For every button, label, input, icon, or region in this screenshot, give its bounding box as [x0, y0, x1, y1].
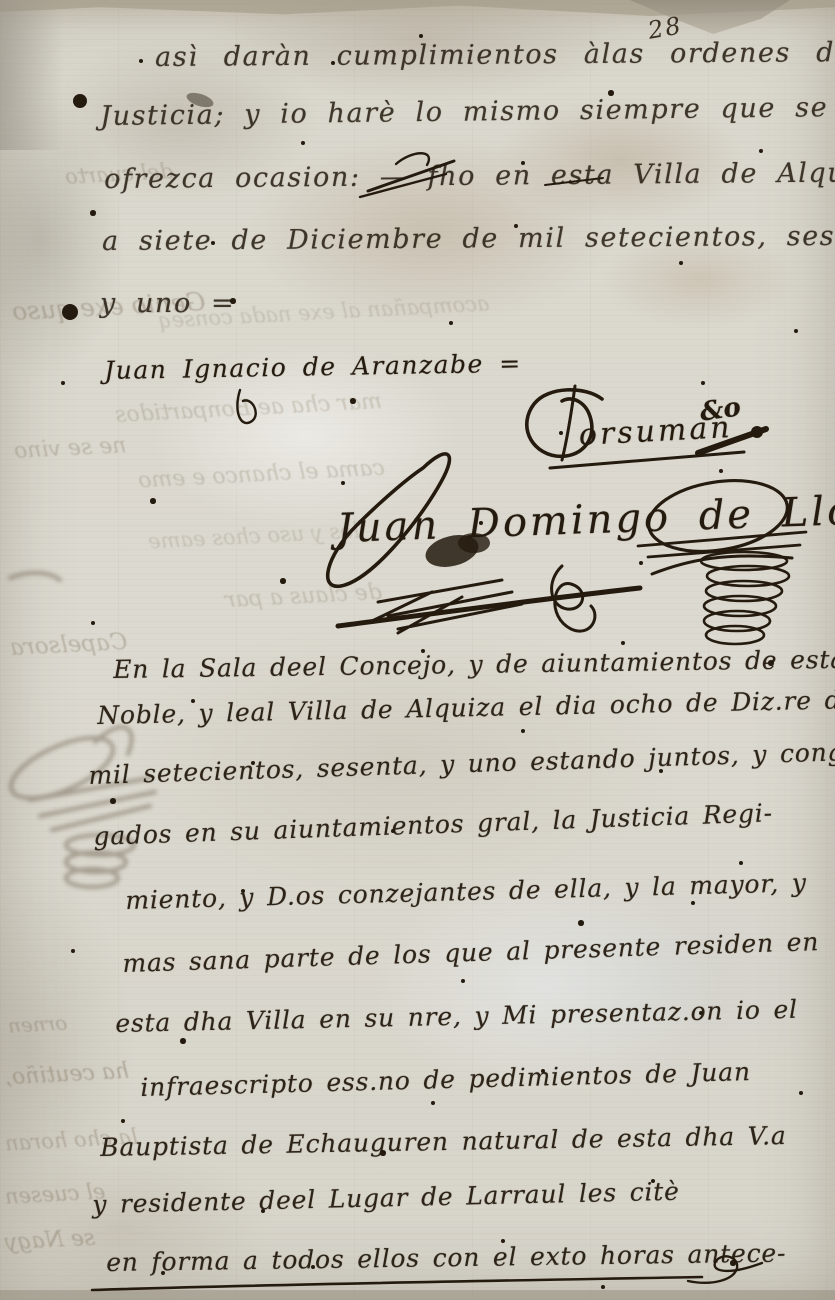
bleedthrough-text: ha ceutiño,	[4, 1059, 129, 1090]
manuscript-line: ofrezca ocasion: — fho en esta Villa de …	[104, 157, 835, 195]
bleedthrough-text: de claus a par	[224, 580, 382, 613]
ink-speckles	[0, 0, 2, 2]
signature-orsuman: orsuman	[578, 410, 733, 453]
manuscript-line: mil setecientos, sesenta, y uno estando …	[88, 736, 835, 790]
bleedthrough-text: ornen	[7, 1010, 67, 1037]
bleedthrough-text: Capelsora	[9, 629, 128, 661]
manuscript-line: asì daràn cumplimientos àlas ordenes de	[155, 37, 835, 73]
manuscript-line: en forma a todos ellos con el exto horas…	[106, 1239, 786, 1277]
manuscript-line: Justicia; y io harè lo mismo siempre que…	[100, 92, 828, 132]
manuscript-line: Noble, y leal Villa de Alquiza el dia oc…	[97, 685, 835, 730]
shaded-top-left-corner	[0, 0, 64, 150]
manuscript-page: del cuarto Genio exe quso acompañan al e…	[0, 0, 835, 1300]
bottom-edge-shadow	[0, 1290, 835, 1300]
bleedthrough-text: se Nagy	[4, 1226, 95, 1256]
manuscript-line: y residente deel Lugar de Larraul les ci…	[92, 1177, 680, 1219]
bleedthrough-text: ne se vino	[13, 433, 127, 464]
manuscript-line: Bauptista de Echauguren natural de esta …	[100, 1121, 787, 1162]
manuscript-line: a siete de Diciembre de mil setecientos,…	[102, 220, 835, 257]
bleedthrough-text: el cuesen	[4, 1179, 105, 1208]
manuscript-line: En la Sala deel Concejo, y de aiuntamien…	[113, 645, 835, 684]
manuscript-line: y uno =	[100, 288, 235, 319]
manuscript-line: gados en su aiuntamientos gral, la Justi…	[93, 798, 773, 851]
